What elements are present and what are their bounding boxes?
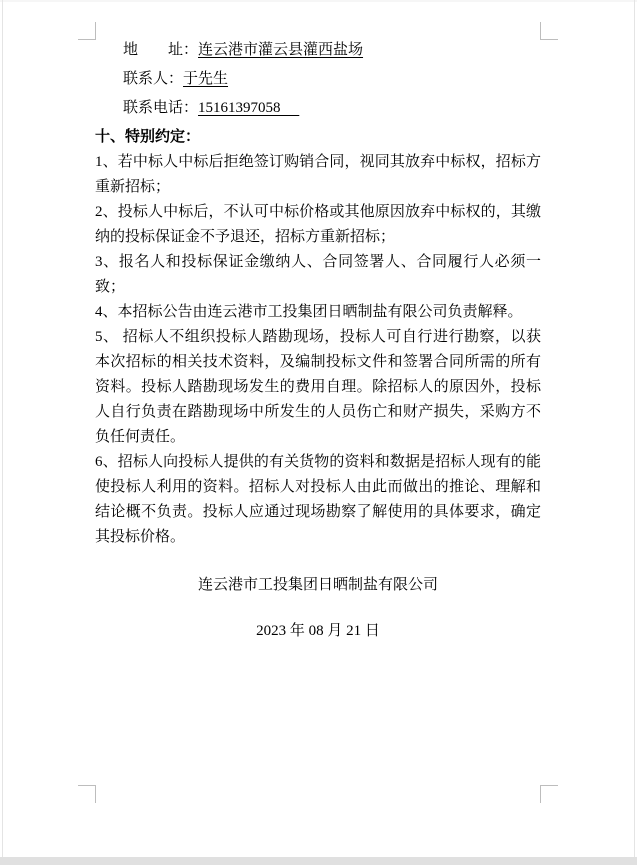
clause-paragraph-4: 4、本招标公告由连云港市工投集团日晒制盐有限公司负责解释。 [95, 300, 541, 325]
margin-crop-mark-bottom-left [78, 785, 96, 803]
phone-label: 联系电话： [123, 100, 198, 116]
address-value: 连云港市灌云县灌西盐场 [198, 42, 363, 58]
page-top-edge [0, 0, 637, 2]
clause-paragraph-5: 5、 招标人不组织投标人踏勘现场，投标人可自行进行勘察，以获本次招标的相关技术资… [95, 325, 541, 450]
clause-paragraph-6: 6、招标人向投标人提供的有关货物的资料和数据是招标人现有的能使投标人利用的资料。… [95, 450, 541, 550]
signature-date: 2023 年 08 月 21 日 [95, 619, 541, 644]
address-line: 地 址：连云港市灌云县灌西盐场 [95, 36, 541, 65]
address-label: 地 址： [123, 42, 198, 58]
page-right-edge [634, 0, 635, 857]
contact-person-value: 于先生 [183, 71, 228, 87]
margin-crop-mark-top-right [540, 22, 558, 40]
clause-paragraph-2: 2、投标人中标后，不认可中标价格或其他原因放弃中标权的，其缴纳的投标保证金不予退… [95, 200, 541, 250]
page-left-edge [2, 0, 3, 857]
signature-company: 连云港市工投集团日晒制盐有限公司 [95, 573, 541, 598]
clause-paragraph-3: 3、报名人和投标保证金缴纳人、合同签署人、合同履行人必须一致； [95, 250, 541, 300]
contact-person-line: 联系人：于先生 [95, 65, 541, 94]
document-viewer: { "document": { "contact": { "address_la… [0, 0, 637, 865]
phone-value: 15161397058 [198, 100, 299, 116]
section-heading: 十、特别约定： [95, 125, 541, 150]
document-body: 地 址：连云港市灌云县灌西盐场 联系人：于先生 联系电话：15161397058… [95, 36, 541, 644]
page-bottom-edge [0, 857, 637, 865]
clause-paragraph-1: 1、若中标人中标后拒绝签订购销合同，视同其放弃中标权，招标方重新招标； [95, 150, 541, 200]
phone-line: 联系电话：15161397058 [95, 94, 541, 123]
contact-person-label: 联系人： [123, 71, 183, 87]
margin-crop-mark-bottom-right [540, 785, 558, 803]
margin-crop-mark-top-left [78, 22, 96, 40]
